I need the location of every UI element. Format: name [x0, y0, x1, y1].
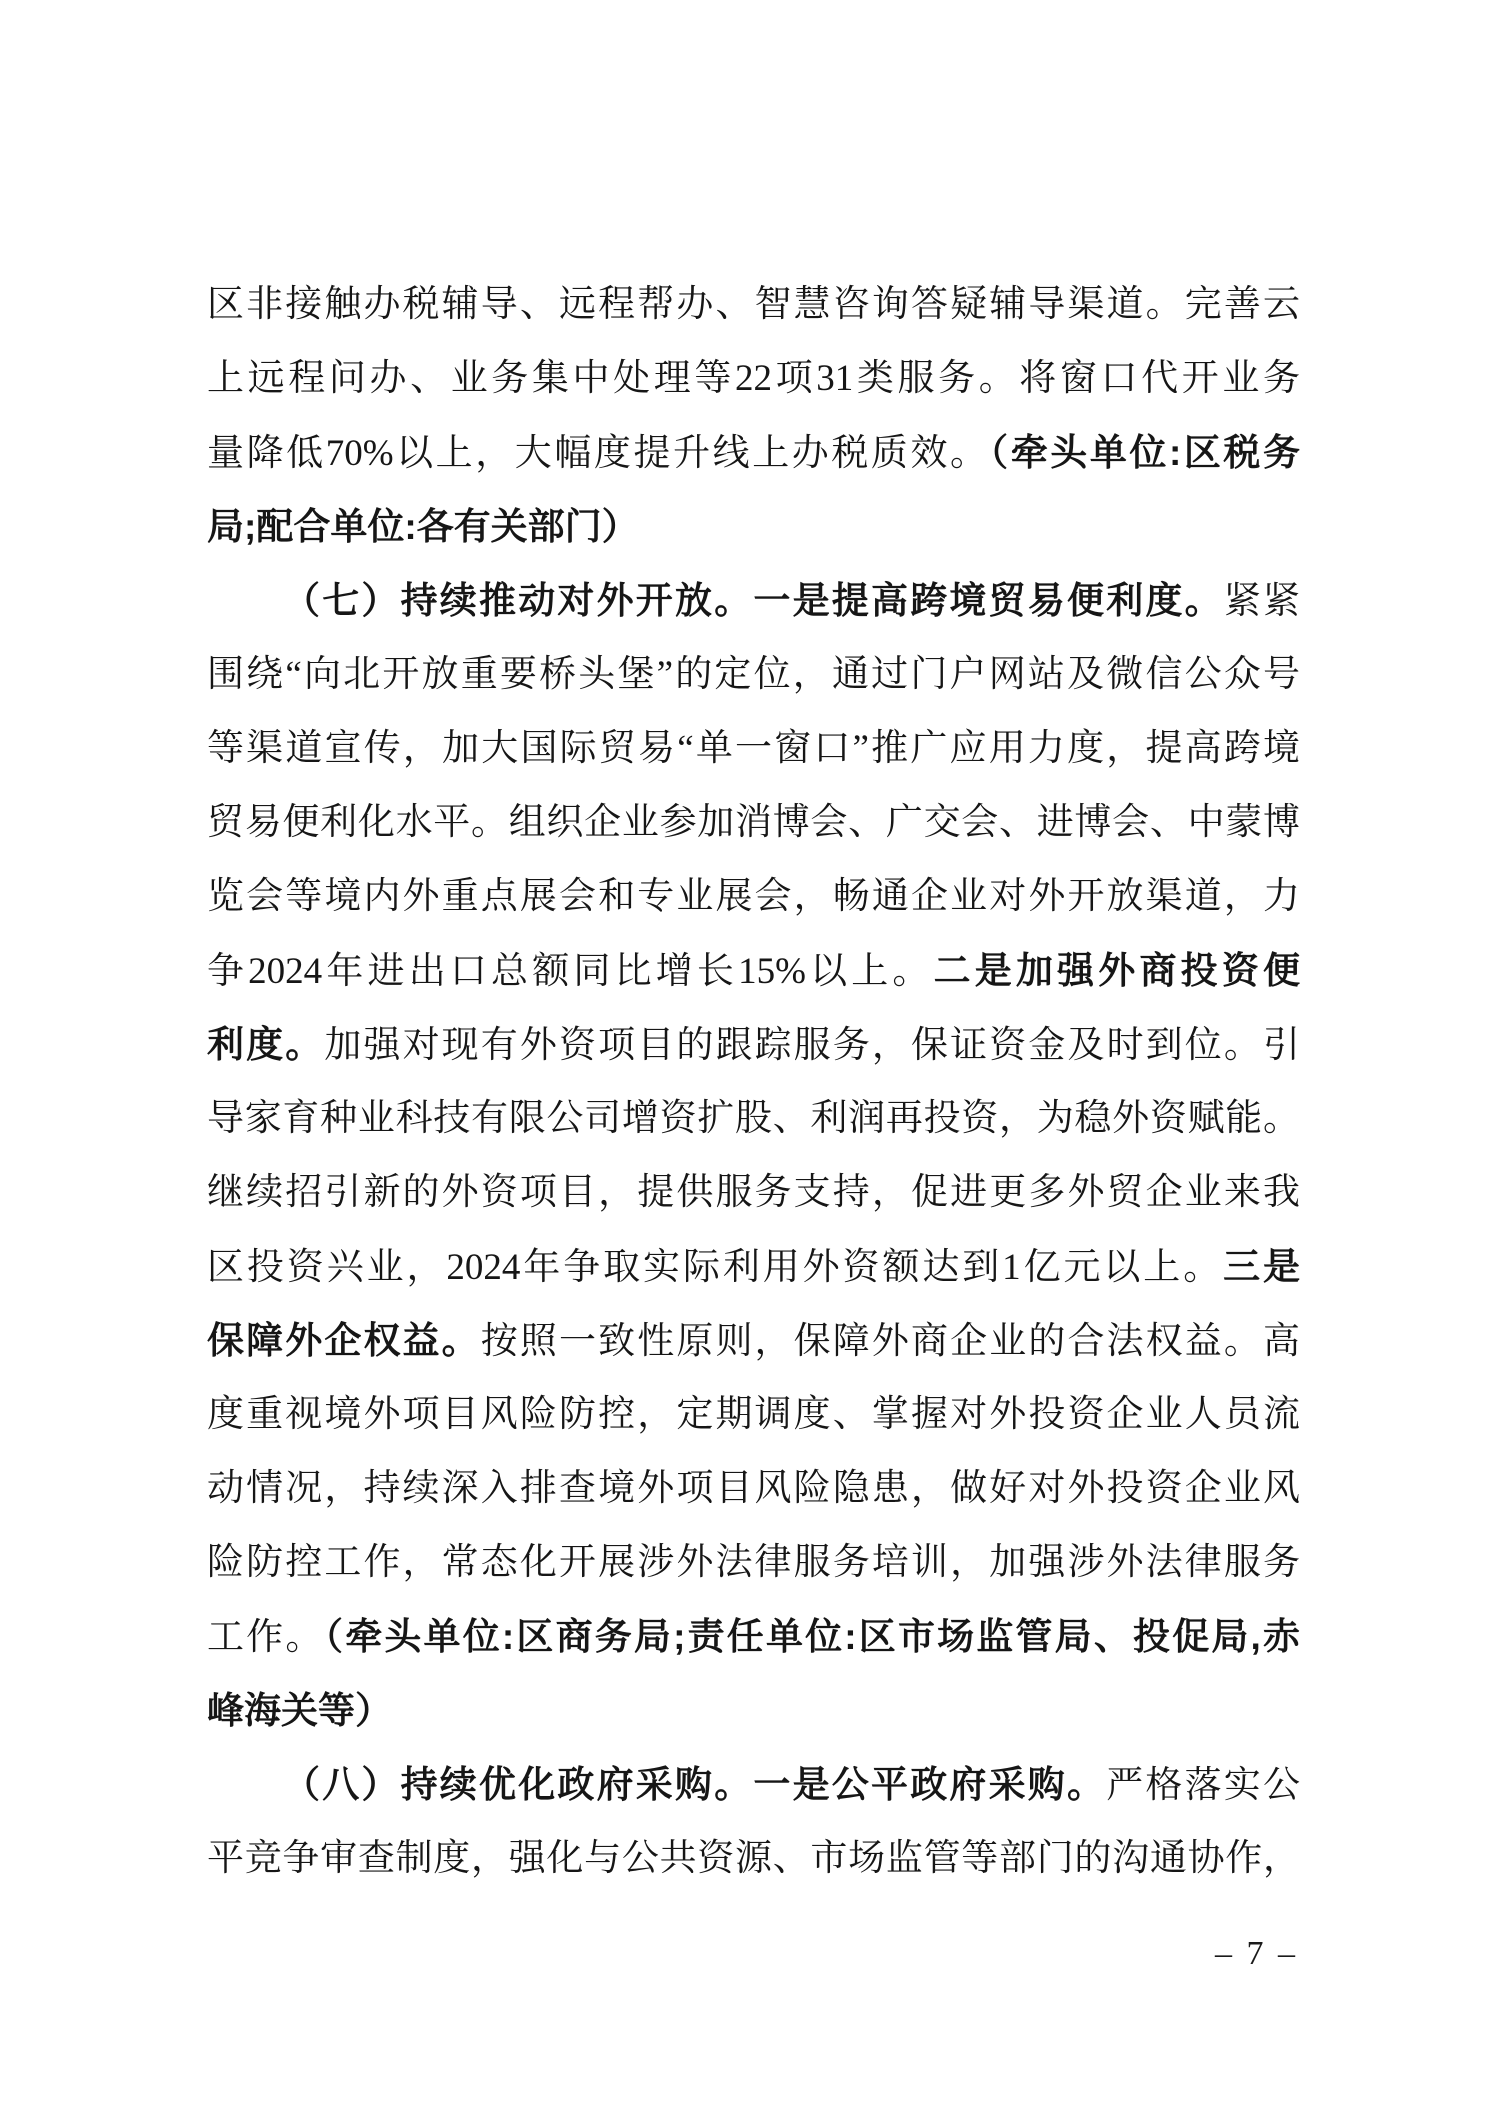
- page-number: – 7 –: [1215, 1934, 1298, 1974]
- text-line: 利度。加强对现有外资项目的跟踪服务，保证资金及时到位。引: [207, 1008, 1300, 1082]
- text-line: 度重视境外项目风险防控，定期调度、掌握对外投资企业人员流: [207, 1378, 1300, 1452]
- bold-text-run: 二是加强外商投资便: [934, 950, 1300, 991]
- text-line: 平竞争审查制度，强化与公共资源、市场监管等部门的沟通协作，: [207, 1822, 1300, 1896]
- text-run: 紧紧: [1224, 581, 1300, 622]
- text-run: 区非接触办税辅导、远程帮办、智慧咨询答疑辅导渠道。完善云: [207, 284, 1300, 325]
- text-run: 严格落实公: [1106, 1765, 1300, 1806]
- bold-text-run: 利度。: [207, 1024, 324, 1065]
- bold-text-run: 三是: [1223, 1246, 1300, 1287]
- text-line: 导家育种业科技有限公司增资扩股、利润再投资，为稳外资赋能。: [207, 1082, 1300, 1156]
- bold-text-run: 峰海关等）: [207, 1690, 392, 1731]
- text-run: 平竞争审查制度，强化与公共资源、市场监管等部门的沟通协作，: [207, 1838, 1300, 1879]
- text-line: 等渠道宣传，加大国际贸易“单一窗口”推广应用力度，提高跨境: [207, 712, 1300, 786]
- text-run: 度重视境外项目风险防控，定期调度、掌握对外投资企业人员流: [207, 1394, 1300, 1435]
- text-line: 继续招引新的外资项目，提供服务支持，促进更多外贸企业来我: [207, 1156, 1300, 1230]
- text-run: 工作。: [207, 1617, 325, 1658]
- bold-text-run: （七）持续推动对外开放。一是提高跨境贸易便利度。: [283, 580, 1224, 621]
- text-run: 争2024年进出口总额同比增长15%以上。: [207, 951, 934, 992]
- scanned-document-page: 区非接触办税辅导、远程帮办、智慧咨询答疑辅导渠道。完善云上远程问办、业务集中处理…: [0, 0, 1488, 2104]
- text-line: 动情况，持续深入排查境外项目风险隐患，做好对外投资企业风: [207, 1452, 1300, 1526]
- bold-text-run: （牵头单位:区商务局;责任单位:区市场监管局、投促局,赤: [325, 1616, 1300, 1657]
- text-line: 量降低70%以上，大幅度提升线上办税质效。（牵头单位:区税务: [207, 416, 1300, 490]
- text-run: 览会等境内外重点展会和专业展会，畅通企业对外开放渠道，力: [207, 876, 1300, 917]
- text-line: 争2024年进出口总额同比增长15%以上。二是加强外商投资便: [207, 934, 1300, 1008]
- text-line: 围绕“向北开放重要桥头堡”的定位，通过门户网站及微信公众号: [207, 638, 1300, 712]
- text-run: 动情况，持续深入排查境外项目风险隐患，做好对外投资企业风: [207, 1468, 1300, 1509]
- text-line: 局;配合单位:各有关部门）: [207, 490, 1300, 564]
- text-line: 览会等境内外重点展会和专业展会，畅通企业对外开放渠道，力: [207, 860, 1300, 934]
- bold-text-run: （牵头单位:区税务: [990, 432, 1300, 473]
- text-run: 险防控工作，常态化开展涉外法律服务培训，加强涉外法律服务: [207, 1542, 1300, 1583]
- text-line: 区非接触办税辅导、远程帮办、智慧咨询答疑辅导渠道。完善云: [207, 268, 1300, 342]
- text-run: 继续招引新的外资项目，提供服务支持，促进更多外贸企业来我: [207, 1172, 1300, 1213]
- text-line: 上远程问办、业务集中处理等22项31类服务。将窗口代开业务: [207, 342, 1300, 416]
- text-run: 贸易便利化水平。组织企业参加消博会、广交会、进博会、中蒙博: [207, 802, 1300, 843]
- bold-text-run: 保障外企权益。: [207, 1320, 481, 1361]
- text-run: 上远程问办、业务集中处理等22项31类服务。将窗口代开业务: [207, 358, 1300, 399]
- bold-text-run: （八）持续优化政府采购。一是公平政府采购。: [283, 1764, 1106, 1805]
- text-run: 按照一致性原则，保障外商企业的合法权益。高: [481, 1321, 1300, 1362]
- text-run: 量降低70%以上，大幅度提升线上办税质效。: [207, 433, 990, 474]
- text-line: （八）持续优化政府采购。一是公平政府采购。严格落实公: [207, 1748, 1300, 1822]
- bold-text-run: 局;配合单位:各有关部门）: [207, 506, 639, 547]
- text-line: （七）持续推动对外开放。一是提高跨境贸易便利度。紧紧: [207, 564, 1300, 638]
- text-run: 区投资兴业，2024年争取实际利用外资额达到1亿元以上。: [207, 1247, 1223, 1288]
- text-line: 贸易便利化水平。组织企业参加消博会、广交会、进博会、中蒙博: [207, 786, 1300, 860]
- text-line: 保障外企权益。按照一致性原则，保障外商企业的合法权益。高: [207, 1304, 1300, 1378]
- document-body: 区非接触办税辅导、远程帮办、智慧咨询答疑辅导渠道。完善云上远程问办、业务集中处理…: [207, 268, 1300, 1896]
- text-line: 险防控工作，常态化开展涉外法律服务培训，加强涉外法律服务: [207, 1526, 1300, 1600]
- text-line: 工作。（牵头单位:区商务局;责任单位:区市场监管局、投促局,赤: [207, 1600, 1300, 1674]
- text-run: 导家育种业科技有限公司增资扩股、利润再投资，为稳外资赋能。: [207, 1098, 1300, 1139]
- text-run: 加强对现有外资项目的跟踪服务，保证资金及时到位。引: [324, 1025, 1300, 1066]
- text-run: 等渠道宣传，加大国际贸易“单一窗口”推广应用力度，提高跨境: [207, 728, 1300, 769]
- text-line: 区投资兴业，2024年争取实际利用外资额达到1亿元以上。三是: [207, 1230, 1300, 1304]
- text-run: 围绕“向北开放重要桥头堡”的定位，通过门户网站及微信公众号: [207, 654, 1300, 695]
- text-line: 峰海关等）: [207, 1674, 1300, 1748]
